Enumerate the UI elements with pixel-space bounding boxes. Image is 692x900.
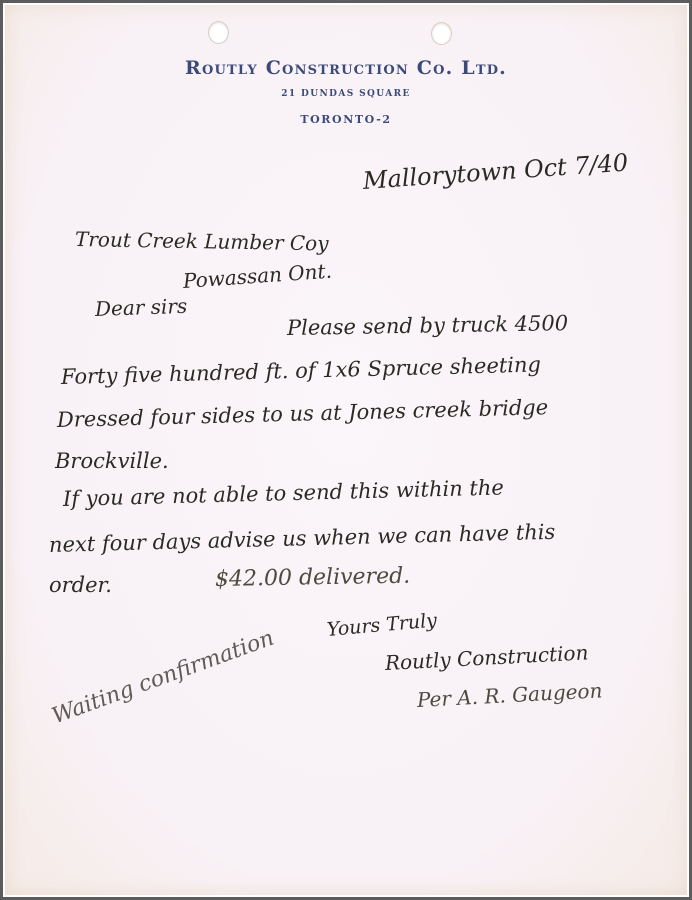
salutation: Dear sirs — [95, 294, 188, 321]
scan-frame: Routly Construction Co. Ltd. 21 DUNDAS S… — [3, 3, 689, 897]
body-line: Please send by truck 4500 — [287, 311, 569, 340]
body-line: next four days advise us when we can hav… — [49, 520, 556, 557]
letterhead-address: 21 DUNDAS SQUARE — [5, 89, 687, 99]
punch-hole-right — [431, 22, 452, 45]
letterhead-company: Routly Construction Co. Ltd. — [5, 57, 687, 79]
body-line: order. — [49, 573, 112, 597]
punch-hole-left — [208, 21, 229, 44]
letter-paper: Routly Construction Co. Ltd. 21 DUNDAS S… — [5, 5, 687, 895]
body-line: Forty five hundred ft. of 1x6 Spruce she… — [61, 352, 542, 389]
closing: Yours Truly — [326, 609, 438, 641]
body-line: Dressed four sides to us at Jones creek … — [57, 395, 549, 432]
letterhead-city: TORONTO-2 — [5, 113, 687, 126]
signature-company: Routly Construction — [384, 640, 589, 675]
pencil-annotation: Waiting confirmation — [49, 626, 278, 730]
recipient-name: Trout Creek Lumber Coy — [75, 227, 329, 255]
body-line: Brockville. — [55, 449, 169, 473]
dateline: Mallorytown Oct 7/40 — [362, 148, 629, 194]
price-note: $42.00 delivered. — [215, 564, 411, 592]
body-line: If you are not able to send this within … — [63, 475, 504, 511]
recipient-location: Powassan Ont. — [182, 259, 332, 293]
signature-name: Per A. R. Gaugeon — [416, 678, 603, 712]
